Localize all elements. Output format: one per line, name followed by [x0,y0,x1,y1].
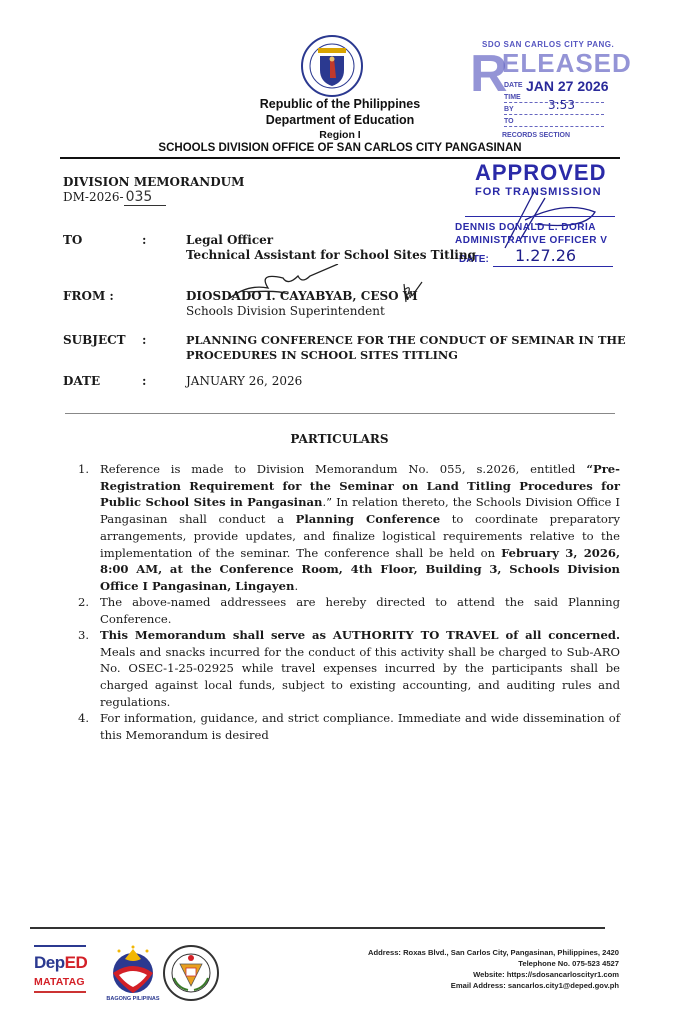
header-divider [60,157,620,159]
date-colon: : [142,374,146,388]
to-colon: : [142,233,146,247]
particulars-heading: PARTICULARS [0,432,679,446]
memo-number-prefix: DM-2026- [63,190,124,204]
paragraph-segment: Meals and snacks incurred for the conduc… [100,645,620,709]
memo-date: JANUARY 26, 2026 [186,374,302,389]
approver-position: ADMINISTRATIVE OFFICER V [455,235,607,246]
item-3-text: This Memorandum shall serve as AUTHORITY… [100,627,620,711]
released-to-label: TO [504,118,514,125]
section-divider [65,413,615,414]
released-by-label: BY [504,106,514,113]
item-3-number: 3. [78,627,89,644]
bagong-pilipinas-label: BAGONG PILIPINAS [105,996,161,1002]
released-to-line [504,126,604,127]
released-time-label: TIME [504,94,521,101]
paragraph-segment: For information, guidance, and strict co… [100,711,620,742]
subject-line-1: PLANNING CONFERENCE FOR THE CONDUCT OF S… [186,333,626,348]
released-by-line [504,114,604,115]
from-position: Schools Division Superintendent [186,304,418,319]
released-date-label: DATE [504,82,523,89]
matatag-underline [34,991,86,993]
subject-colon: : [142,333,146,347]
to-recipient-2: Technical Assistant for School Sites Tit… [186,248,476,263]
released-stamp: SDO SAN CARLOS CITY PANG. R ELEASED DATE… [462,40,632,150]
sdo-san-carlos-seal-icon [162,944,220,1002]
to-recipient-1: Legal Officer [186,233,476,248]
subject-line-2: PROCEDURES IN SCHOOL SITES TITLING [186,348,626,363]
item-4-text: For information, guidance, and strict co… [100,710,620,743]
subject-label: SUBJECT [63,333,126,347]
memo-number: DM-2026-035 [63,189,166,205]
memo-type: DIVISION MEMORANDUM [63,175,244,189]
paragraph-segment: Reference is made to Division Memorandum… [100,462,586,476]
item-4-number: 4. [78,710,89,727]
deped-seal-icon [300,34,364,98]
released-stamp-word: ELEASED [502,50,632,76]
subject-text: PLANNING CONFERENCE FOR THE CONDUCT OF S… [186,333,626,363]
approved-signature-line [465,216,615,217]
released-time: 3:53 [548,98,575,112]
item-1-text: Reference is made to Division Memorandum… [100,461,620,595]
deped-logo-bar [34,945,86,947]
footer-website[interactable]: Website: https://sdosancarloscityr1.com [473,969,619,980]
item-2-number: 2. [78,594,89,611]
memo-number-handwritten: 035 [124,189,167,206]
matatag-wordmark: MATATAG [34,976,85,988]
to-label: TO [63,233,82,247]
bagong-pilipinas-logo: BAGONG PILIPINAS [105,945,161,1007]
paragraph-segment: . [294,579,298,593]
paragraph-segment: Planning Conference [296,512,441,526]
item-1-number: 1. [78,461,89,478]
footer-email[interactable]: Email Address: sancarlos.city1@deped.gov… [451,980,619,991]
approver-name: DENNIS DONALD L. DORIA [455,222,596,233]
to-recipients: Legal Officer Technical Assistant for Sc… [186,233,476,263]
superintendent-signature-icon [228,264,348,304]
bagong-pilipinas-emblem-icon [105,945,161,995]
deped-matatag-logo: DepED MATATAG [34,945,86,1005]
date-label: DATE [63,374,100,388]
deped-ed: ED [65,953,88,972]
item-2-text: The above-named addressees are hereby di… [100,594,620,627]
approved-date-line [493,266,613,267]
released-stamp-records: RECORDS SECTION [502,132,570,139]
approved-date: 1.27.26 [515,246,576,265]
from-label: FROM : [63,289,114,303]
footer-divider [30,927,605,929]
approved-stamp: APPROVED FOR TRANSMISSION DENNIS DONALD … [455,160,625,275]
deped-wordmark: DepED [34,953,87,973]
footer-address: Address: Roxas Blvd., San Carlos City, P… [368,947,619,958]
deped-dep: Dep [34,953,65,972]
paragraph-segment: This Memorandum shall serve as AUTHORITY… [100,628,620,642]
paragraph-segment: The above-named addressees are hereby di… [100,595,620,626]
footer-telephone: Telephone No. 075-523 4527 [518,958,619,969]
released-date: JAN 27 2026 [526,78,609,94]
initials-icon [400,280,424,306]
